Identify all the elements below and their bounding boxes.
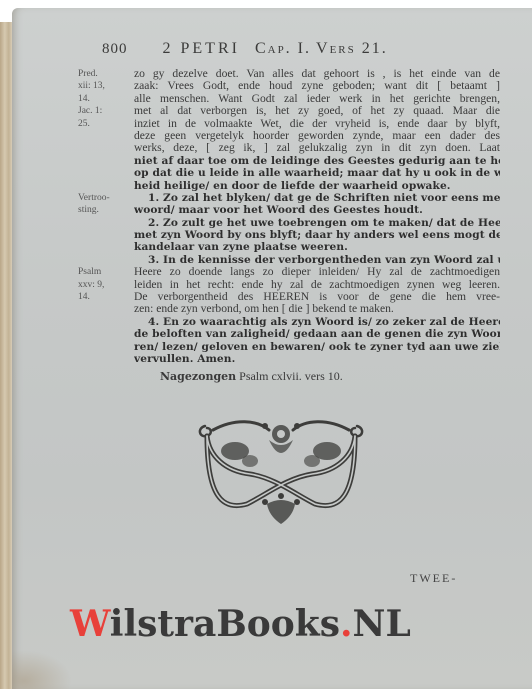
margin-reference [60,341,134,353]
text-line: 2. Zo zult ge het uwe toebrengen om te m… [60,217,500,229]
text-line: werks, deze, [ zeg ik, ] zal gelukzalig … [60,142,500,154]
line-text: zo gy dezelve doet. Van alles dat gehoor… [134,68,500,80]
margin-reference [60,155,134,167]
text-line: xii: 13,zaak: Vrees Godt, ende houd zyne… [60,80,500,92]
margin-reference [60,254,134,266]
line-text: 2. Zo zult ge het uwe toebrengen om te m… [134,217,500,229]
verse-label: Vers 21. [316,40,388,57]
line-text: Heere zo doende langs zo dieper inleiden… [134,266,500,278]
watermark-dot: . [340,603,353,645]
text-line: PsalmHeere zo doende langs zo dieper inl… [60,266,500,278]
margin-reference: 14. [60,291,134,303]
margin-reference [60,229,134,241]
line-text: kandelaar van zyne plaatse weeren. [134,241,500,253]
text-line: 4. En zo waarachtig als zyn Woord is/ zo… [60,316,500,328]
text-line: de beloften van zaligheid/ gedaan aan de… [60,328,500,340]
margin-reference: sting. [60,204,134,216]
paper-stain [12,650,72,689]
line-text: op dat die u leide in alle waarheid; maa… [134,167,500,179]
margin-reference: Pred. [60,68,134,80]
line-text: zaak: Vrees Godt, ende houd zyne geboden… [134,80,500,92]
watermark-logo: WilstraBooks.NL [70,603,411,645]
book-title: 2 PETRI [163,40,240,57]
text-line: op dat die u leide in alle waarheid; maa… [60,167,500,179]
line-text: zen: ende zyn verbond, om hen [ die ] be… [134,303,500,315]
text-line: ren/ lezen/ geloven en bewaren/ ook te z… [60,341,500,353]
text-line: vervullen. Amen. [60,353,500,365]
line-text: de beloften van zaligheid/ gedaan aan de… [134,328,500,340]
line-text: 4. En zo waarachtig als zyn Woord is/ zo… [134,316,500,328]
line-text: woord/ maar voor het Woord des Geestes h… [134,204,500,216]
text-line: heid heilige/ en door de liefde der waar… [60,180,500,192]
line-text: niet af daar toe om de leidinge des Gees… [134,155,500,167]
margin-reference: 25. [60,118,134,130]
text-line: kandelaar van zyne plaatse weeren. [60,241,500,253]
text-line: 3. In de kennisse der verborgentheden va… [60,254,500,266]
text-line: deze geen vergetelyk hoorder geworden zy… [60,130,500,142]
text-line: met zyn Woord by ons blyft; daar hy ande… [60,229,500,241]
closing-psalm-reference: Psalm cxlvii. vers 10. [236,369,343,383]
text-line: Vertroo-1. Zo zal het blyken/ dat ge de … [60,192,500,204]
margin-reference [60,328,134,340]
text-line: 25.inziet in de volmaakte Wet, die der v… [60,118,500,130]
margin-reference: xxv: 9, [60,279,134,291]
watermark-first-letter: W [70,603,110,645]
margin-reference: Psalm [60,266,134,278]
line-text: vervullen. Amen. [134,353,500,365]
line-text: deze geen vergetelyk hoorder geworden zy… [134,130,500,142]
text-line: Jac. 1:met al dat verborgen is, het zy g… [60,105,500,117]
page-number: 800 [102,41,128,57]
text-line: sting.woord/ maar voor het Woord des Gee… [60,204,500,216]
body-text: Pred.zo gy dezelve doet. Van alles dat g… [60,68,500,365]
margin-reference [60,130,134,142]
margin-reference [60,167,134,179]
margin-reference [60,241,134,253]
margin-reference [60,353,134,365]
watermark-name: ilstraBooks [110,603,340,645]
line-text: 1. Zo zal het blyken/ dat ge de Schrifte… [134,192,500,204]
line-text: 3. In de kennisse der verborgentheden va… [134,254,500,266]
line-text: met al dat verborgen is, het zy goed, of… [134,105,500,117]
margin-reference [60,316,134,328]
margin-reference: Jac. 1: [60,105,134,117]
margin-reference [60,142,134,154]
line-text: ren/ lezen/ geloven en bewaren/ ook te z… [134,341,500,353]
text-line: 14.De verborgentheid des HEEREN is voor … [60,291,500,303]
text-line: Pred.zo gy dezelve doet. Van alles dat g… [60,68,500,80]
line-text: met zyn Woord by ons blyft; daar hy ande… [134,229,500,241]
watermark-suffix: NL [353,603,411,645]
catchword: TWEE- [410,571,457,586]
line-text: werks, deze, [ zeg ik, ] zal gelukzalig … [134,142,500,154]
margin-reference: xii: 13, [60,80,134,92]
text-line: zen: ende zyn verbond, om hen [ die ] be… [60,303,500,315]
text-line: niet af daar toe om de leidinge des Gees… [60,155,500,167]
margin-reference [60,180,134,192]
text-line: xxv: 9,leiden in het recht: ende hy zal … [60,279,500,291]
ornament-tailpiece-icon [195,416,367,526]
line-text: heid heilige/ en door de liefde der waar… [134,180,500,192]
margin-reference [60,303,134,315]
text-line: 14.alle menschen. Want Godt zal ieder we… [60,93,500,105]
line-text: alle menschen. Want Godt zal ieder werk … [134,93,500,105]
margin-reference: 14. [60,93,134,105]
chapter-label: Cap. I. [255,40,311,57]
closing-gothic-word: Nagezongen [160,370,236,383]
margin-reference [60,217,134,229]
line-text: leiden in het recht: ende hy zal de zach… [134,279,500,291]
margin-reference: Vertroo- [60,192,134,204]
closing-note: Nagezongen Psalm cxlvii. vers 10. [160,369,343,384]
line-text: De verborgentheid des HEEREN is voor de … [134,291,500,303]
line-text: inziet in de volmaakte Wet, die der vryh… [134,118,500,130]
running-header: 800 2 PETRI Cap. I. Vers 21. [102,40,442,58]
